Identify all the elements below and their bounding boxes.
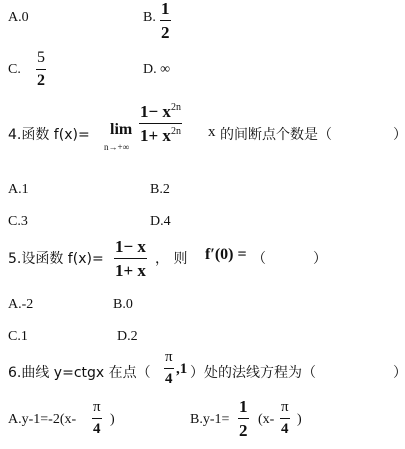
q4-numerator: 1− x [140,102,171,121]
fraction-bar [238,418,249,419]
fraction-numerator: π [164,350,174,365]
q6-point-y: ,1 [176,361,187,378]
q4-prefix: 4.函数 f(x)= [8,124,90,144]
fraction-bar [160,20,171,21]
q6-prefix: 6.曲线 y=ctgx 在点（ [8,362,151,382]
fraction-bar [114,258,147,259]
fraction-denominator: 4 [164,372,174,387]
fraction-denominator: 4 [92,422,102,437]
q6-option-b-coefficient: 1 2 [238,398,249,439]
fraction-bar [139,123,182,124]
q5-open-paren: （ [252,248,266,268]
q5-option-c: C.1 [8,329,28,345]
q3-option-b-fraction: 1 2 [160,0,171,41]
q4-close-paren: ） [393,124,405,144]
fraction-bar [164,368,174,369]
q5-fraction: 1− x 1+ x [114,238,147,279]
q4-option-b: B.2 [150,182,170,198]
q4-numerator-exponent: 2n [171,102,181,113]
q4-option-d: D.4 [150,214,171,230]
q5-derivative: f′(0) = [205,246,247,264]
q6-option-a-fraction: π 4 [92,400,102,437]
q3-option-c-fraction: 5 2 [36,50,46,89]
q5-option-a: A.-2 [8,297,33,313]
fraction-numerator: π [92,400,102,415]
q6-option-b-post: ) [297,412,302,428]
q5-option-d: D.2 [117,329,138,345]
q6-option-b-mid: (x- [258,412,274,428]
q4-option-c: C.3 [8,214,28,230]
q5-prefix: 5.设函数 f(x)= [8,248,104,268]
fraction-denominator: 2 [238,422,249,439]
q5-numerator: 1− x [114,238,147,255]
q6-option-b-fraction: π 4 [280,400,290,437]
fraction-bar [280,418,290,419]
fraction-numerator: 5 [36,50,46,66]
q4-fraction: 1− x2n 1+ x2n [139,103,182,144]
q4-x: x [208,124,216,141]
fraction-bar [36,69,46,70]
q3-option-a: A.0 [8,10,29,26]
q4-lim-subscript: n→+∞ [104,142,129,152]
q3-option-b-label: B. [143,10,156,26]
q6-suffix: ）处的法线方程为（ [190,362,316,382]
q4-lim: lim [110,121,132,139]
q3-option-c-label: C. [8,62,21,78]
q5-close-paren: ） [313,248,327,268]
q6-option-a-post: ) [110,412,115,428]
fraction-denominator: 4 [280,422,290,437]
fraction-denominator: 2 [160,24,171,41]
q4-denominator-exponent: 2n [171,126,181,137]
q5-mid: ， 则 [155,248,187,268]
q5-option-b: B.0 [113,297,133,313]
q6-option-a-pre: A.y-1=-2(x- [8,412,76,428]
q6-option-b-pre: B.y-1= [190,412,229,428]
fraction-numerator: 1 [238,398,249,415]
q3-option-d: D. ∞ [143,62,170,78]
q4-option-a: A.1 [8,182,29,198]
q4-denominator: 1+ x [140,126,171,145]
q6-close-paren: ） [393,362,405,382]
fraction-numerator: π [280,400,290,415]
fraction-numerator: 1 [160,0,171,17]
fraction-bar [92,418,102,419]
q6-point-fraction: π 4 [164,350,174,387]
fraction-denominator: 2 [36,73,46,89]
q4-suffix: 的间断点个数是（ [220,124,332,144]
q5-denominator: 1+ x [114,262,147,279]
